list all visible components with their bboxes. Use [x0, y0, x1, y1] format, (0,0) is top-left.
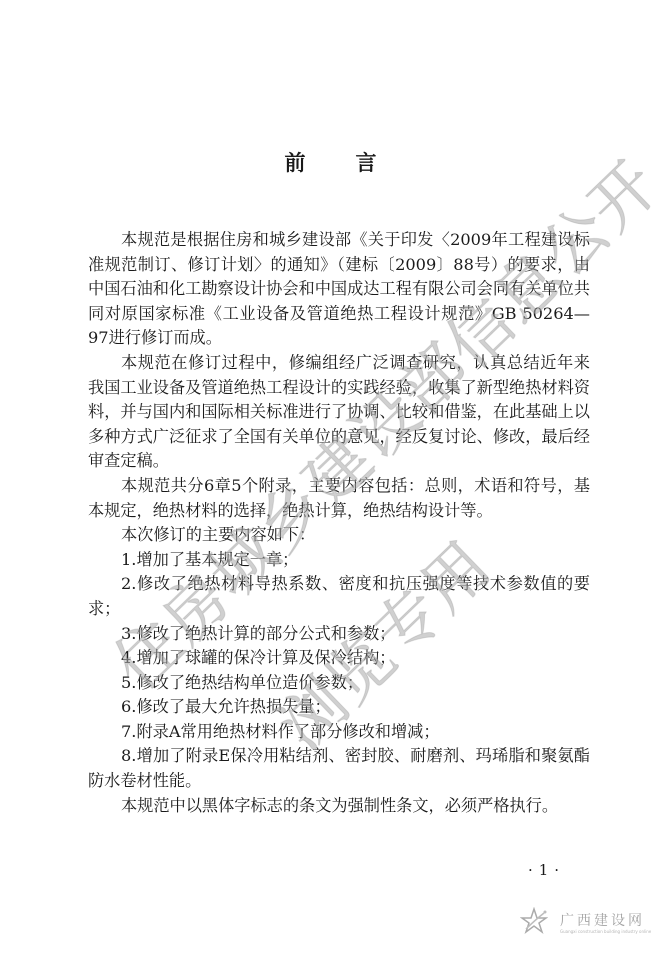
- change-item-7: 7.附录A常用绝热材料作了部分修改和增减；: [88, 720, 590, 745]
- page-title: 前言: [0, 147, 661, 177]
- page-number: ·1·: [528, 861, 565, 879]
- document-page: 前言 本规范是根据住房和城乡建设部《关于印发〈2009年工程建设标准规范制订、修…: [0, 0, 661, 958]
- star-logo-icon: [520, 907, 548, 935]
- title-char-1: 前: [285, 147, 306, 177]
- change-item-6: 6.修改了最大允许热损失量；: [88, 695, 590, 720]
- title-char-2: 言: [356, 147, 377, 177]
- site-logo: 广西建设网 Guangxi construction building indu…: [520, 905, 660, 945]
- paragraph-changes-intro: 本次修订的主要内容如下：: [88, 523, 590, 548]
- paragraph-revision-process: 本规范在修订过程中，修编组经广泛调查研究，认真总结近年来我国工业设备及管道绝热工…: [88, 351, 590, 474]
- change-item-5: 5.修改了绝热结构单位造价参数；: [88, 671, 590, 696]
- change-item-3: 3.修改了绝热计算的部分公式和参数；: [88, 622, 590, 647]
- change-item-2: 2.修改了绝热材料导热系数、密度和抗压强度等技术参数值的要求；: [88, 572, 590, 621]
- paragraph-basis: 本规范是根据住房和城乡建设部《关于印发〈2009年工程建设标准规范制订、修订计划…: [88, 228, 590, 351]
- change-item-8: 8.增加了附录E保冷用粘结剂、密封胶、耐磨剂、玛琋脂和聚氨酯防水卷材性能。: [88, 744, 590, 793]
- paragraph-mandatory-clauses: 本规范中以黑体字标志的条文为强制性条文，必须严格执行。: [88, 794, 590, 819]
- preface-body: 本规范是根据住房和城乡建设部《关于印发〈2009年工程建设标准规范制订、修订计划…: [88, 228, 590, 818]
- paragraph-contents: 本规范共分6章5个附录，主要内容包括：总则，术语和符号，基本规定，绝热材料的选择…: [88, 474, 590, 523]
- change-item-4: 4.增加了球罐的保冷计算及保冷结构；: [88, 646, 590, 671]
- logo-name: 广西建设网: [560, 910, 645, 930]
- change-item-1: 1.增加了基本规定一章；: [88, 548, 590, 573]
- logo-subtitle: Guangxi construction building industry o…: [560, 929, 651, 934]
